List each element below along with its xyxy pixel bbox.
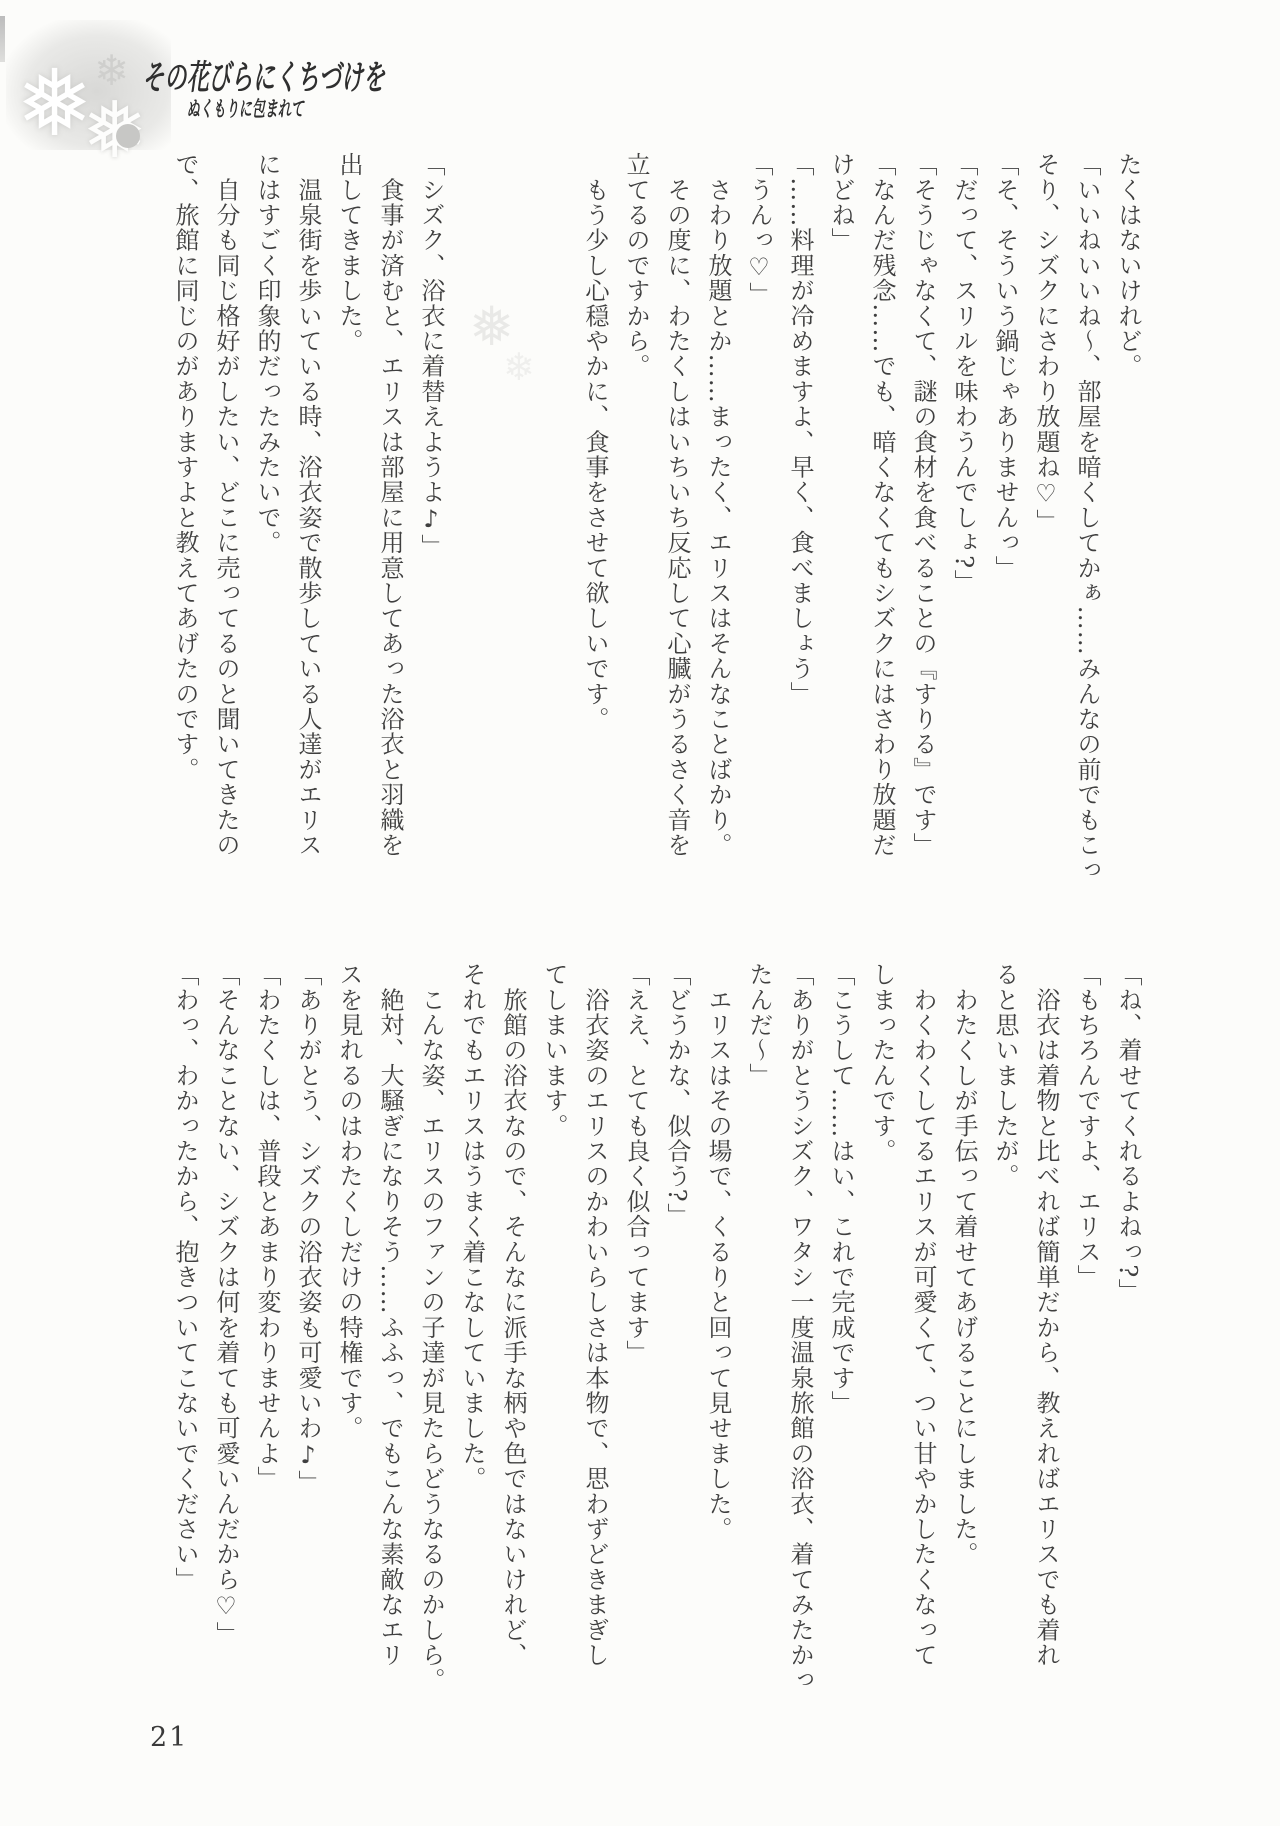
text-line: 浴衣は着物と比べれば簡単だから、教えればエリスでも着れ [1025, 962, 1066, 1710]
text-block-bottom: 「ね、着せてくれるよねっ?」「もちろんですよ、エリス」 浴衣は着物と比べれば簡単… [164, 962, 1148, 1710]
text-line: たんだ〜」 [738, 962, 779, 1710]
text-line: 「どうかな、似合う?」 [656, 962, 697, 1710]
series-title: その花びらにくちづけを [141, 50, 391, 99]
text-line: 温泉街を歩いている時、浴衣姿で散歩している人達がエリス [287, 152, 328, 908]
text-line: 「わたくしは、普段とあまり変わりませんよ」 [246, 962, 287, 1710]
scanned-novel-page: ❅ ❄ ❅ その花びらにくちづけを ぬくもりに包まれて たくはないけれど。「いい… [0, 0, 1280, 1826]
text-line: 「そんなことない、シズクは何を着ても可愛いんだから♡」 [205, 962, 246, 1710]
watermark-snowflake-icon: ❄ [503, 348, 535, 386]
top-paragraph-group-left: 「シズク、浴衣に着替えようよ♪」 食事が済むと、エリスは部屋に用意してあった浴衣… [164, 152, 451, 908]
text-line: 「こうして……はい、これで完成です」 [820, 962, 861, 1710]
text-line: そり、シズクにさわり放題ね♡」 [1025, 152, 1066, 908]
text-line: 出してきました。 [328, 152, 369, 908]
text-line: 「もちろんですよ、エリス」 [1066, 962, 1107, 1710]
top-paragraph-group-right: たくはないけれど。「いいねいいね〜、部屋を暗くしてかぁ……みんなの前でもこっそり… [574, 152, 1148, 908]
text-line: けどね」 [820, 152, 861, 908]
text-line: 旅館の浴衣なので、そんなに派手な柄や色ではないけれど、 [492, 962, 533, 1710]
text-line: 「ありがとう、シズクの浴衣姿も可愛いわ♪」 [287, 962, 328, 1710]
text-line: 「わっ、わかったから、抱きついてこないでください」 [164, 962, 205, 1710]
text-line: で、旅館に同じのがありますよと教えてあげたのです。 [164, 152, 205, 908]
page-number: 21 [150, 1722, 188, 1753]
scene-break-gap: ❅ ❄ [451, 152, 574, 908]
text-line: 「ありがとうシズク、ワタシ一度温泉旅館の浴衣、着てみたかっ [779, 962, 820, 1710]
text-line: 「うんっ♡」 [738, 152, 779, 908]
text-line: わくわくしてるエリスが可愛くて、つい甘やかしたくなって [902, 962, 943, 1710]
text-line: エリスはその場で、くるりと回って見せました。 [697, 962, 738, 1710]
text-line: 「いいねいいね〜、部屋を暗くしてかぁ……みんなの前でもこっ [1066, 152, 1107, 908]
text-line: もう少し心穏やかに、食事をさせて欲しいです。 [574, 152, 615, 908]
text-line: 「そ、そういう鍋じゃありませんっ」 [984, 152, 1025, 908]
text-line: 「……料理が冷めますよ、早く、食べましょう」 [779, 152, 820, 908]
text-line: 「なんだ残念……でも、暗くなくてもシズクにはさわり放題だ [861, 152, 902, 908]
text-line: 「だって、スリルを味わうんでしょ?」 [943, 152, 984, 908]
text-line: さわり放題とか……まったく、エリスはそんなことばかり。 [697, 152, 738, 908]
text-line: しまったんです。 [861, 962, 902, 1710]
text-line: 立てるのですから。 [615, 152, 656, 908]
text-line: 絶対、大騒ぎになりそう……ふふっ、でもこんな素敵なエリ [369, 962, 410, 1710]
text-line: 自分も同じ格好がしたい、どこに売ってるのと聞いてきたの [205, 152, 246, 908]
text-line: 食事が済むと、エリスは部屋に用意してあった浴衣と羽織を [369, 152, 410, 908]
text-line: たくはないけれど。 [1107, 152, 1148, 908]
text-line: 「ええ、とても良く似合ってます」 [615, 962, 656, 1710]
bottom-paragraph-group: 「ね、着せてくれるよねっ?」「もちろんですよ、エリス」 浴衣は着物と比べれば簡単… [164, 962, 1148, 1710]
text-block-top: たくはないけれど。「いいねいいね〜、部屋を暗くしてかぁ……みんなの前でもこっそり… [164, 152, 1148, 908]
scan-edge-artifact [0, 16, 5, 62]
text-line: ると思いましたが。 [984, 962, 1025, 1710]
episode-subtitle: ぬくもりに包まれて [186, 93, 307, 123]
snow-dot-shape [116, 124, 140, 148]
text-line: 「そうじゃなくて、謎の食材を食べることの『すりる』です」 [902, 152, 943, 908]
text-line: わたくしが手伝って着せてあげることにしました。 [943, 962, 984, 1710]
text-line: こんな姿、エリスのファンの子達が見たらどうなるのかしら。 [410, 962, 451, 1710]
text-line: にはすごく印象的だったみたいで。 [246, 152, 287, 908]
text-line: 浴衣姿のエリスのかわいらしさは本物で、思わずどきまぎし [574, 962, 615, 1710]
text-line: てしまいます。 [533, 962, 574, 1710]
text-line: スを見れるのはわたくしだけの特権です。 [328, 962, 369, 1710]
text-line: 「シズク、浴衣に着替えようよ♪」 [410, 152, 451, 908]
text-line: 「ね、着せてくれるよねっ?」 [1107, 962, 1148, 1710]
text-line: それでもエリスはうまく着こなしていました。 [451, 962, 492, 1710]
text-line: その度に、わたくしはいちいち反応して心臓がうるさく音を [656, 152, 697, 908]
